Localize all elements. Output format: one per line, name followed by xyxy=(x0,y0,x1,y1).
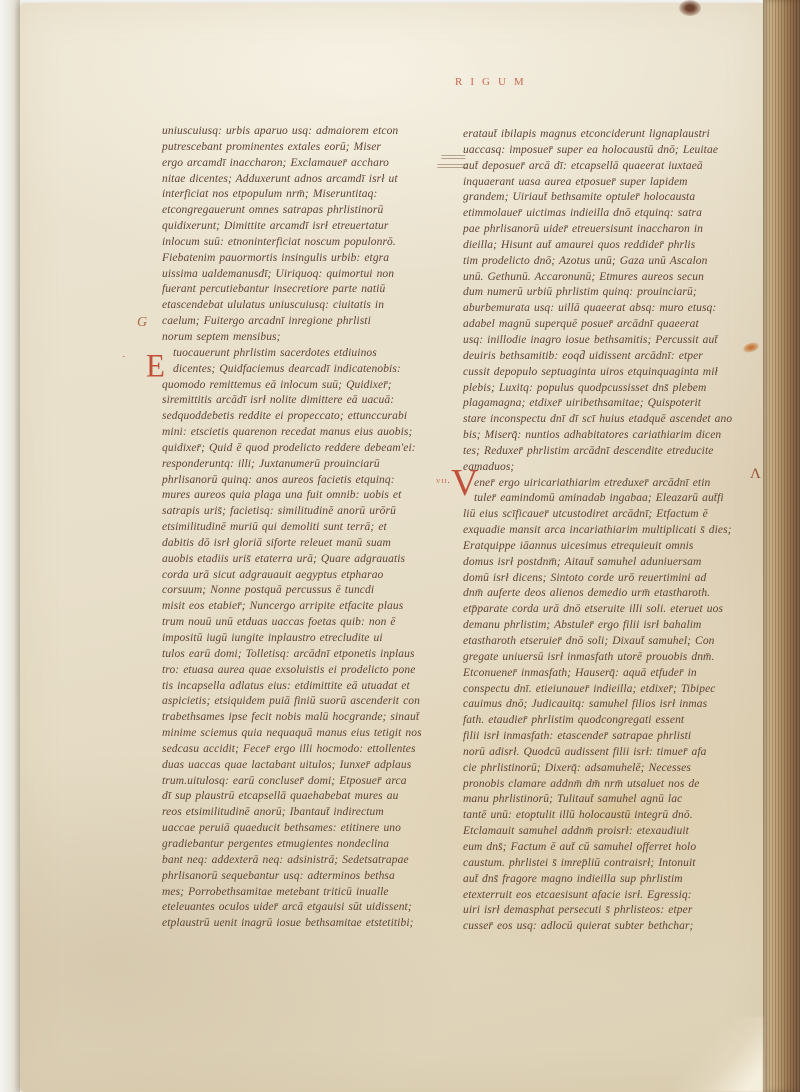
text-line: uaccasq: imposuer̄ super ea holocaustū d… xyxy=(463,143,765,159)
text-line: sedcasu accidit; Fecer̄ ergo illi hocmod… xyxy=(162,742,464,758)
text-line: bis; Miserq̄: nuntios adhabitatores cari… xyxy=(463,428,765,444)
text-line: uniuscuiusq: urbis aparuo usq: admaiorem… xyxy=(162,124,464,140)
text-line: aut̄ deposuer̄ arcā dī: etcapsellā quaee… xyxy=(463,159,765,175)
drop-cap-v: V xyxy=(451,464,478,502)
text-line: caelum; Fuitergo arcadnī inregione phrli… xyxy=(162,314,464,330)
text-line: mures aureos quia plaga una fuit omnib: … xyxy=(162,488,464,504)
text-line: deuiris bethsamitib: eoqd̄ uidissent arc… xyxy=(463,349,765,365)
text-line: eteleuantes oculos uider̄ arcā etgauisi … xyxy=(162,900,464,916)
text-line: inquaerant uasa aurea etposuer̄ super la… xyxy=(463,175,765,191)
text-line: trum nouū unū etduas uaccas foetas quib:… xyxy=(162,615,464,631)
text-line: quomodo remittemus eā inlocum suū; Quidi… xyxy=(162,378,464,394)
text-line: cie phrlistinorū; Dixerq̄: adsamuhelē; N… xyxy=(463,761,765,777)
marginal-gloss xyxy=(437,164,467,170)
text-line: uiri isrł demasphat persecuti s̄ phrlist… xyxy=(463,903,765,919)
text-line: cusser̄ eos usq: adlocū quierat subter b… xyxy=(463,919,765,935)
text-line: etascendebat ululatus uniuscuiusq: ciuit… xyxy=(162,298,464,314)
marginal-gloss xyxy=(441,155,465,161)
page-corner-curl xyxy=(668,1017,763,1092)
text-line: caustum. phrlistei s̄ imrep̄liū contrais… xyxy=(463,856,765,872)
book-page-edges xyxy=(763,0,800,1092)
text-line: phrlisanorū quinq: anos aureos facietis … xyxy=(162,473,464,489)
text-line: fath. etaudier̄ phrlistim quodcongregati… xyxy=(463,713,765,729)
text-line: etastharoth etseruier̄ dnō soli; Dixaut̄… xyxy=(463,634,765,650)
text-line: reos etsimilitudinē anorū; Ibantaut̄ ind… xyxy=(162,805,464,821)
text-line: plagamagna; etdixer̄ uiribethsamitae; Qu… xyxy=(463,396,765,412)
text-line: uissima ualdemanusdī; Uiriquoq: quimortu… xyxy=(162,267,464,283)
text-line: misit eos etabier̄; Nuncergo arripite et… xyxy=(162,599,464,615)
drop-cap-e: E xyxy=(146,349,165,382)
text-line: dicentes; Quidfaciemus dearcadī indicate… xyxy=(162,362,464,378)
text-line: domus isrł postdnm̄; Aitaut̄ samuhel adu… xyxy=(463,555,765,571)
text-line: impositū iugū iungite inplaustro etreclu… xyxy=(162,631,464,647)
text-line: aburbemurata usq: uillā quaeerat absq: m… xyxy=(463,301,765,317)
text-column-left: uniuscuiusq: urbis aparuo usq: admaiorem… xyxy=(162,124,464,932)
text-line: norū adisrł. Quodcū audissent filii isrł… xyxy=(463,745,765,761)
text-line: responderuntq: illi; Juxtanumerū prouinc… xyxy=(162,457,464,473)
text-line: unū. Gethunū. Accaronunū; Etmures aureos… xyxy=(463,270,765,286)
text-line: exquadie mansit arca incariathiarim mult… xyxy=(463,523,765,539)
text-line: usq: inillodie inagro iosue bethsamitis;… xyxy=(463,333,765,349)
text-line: etplaustrū uenit inagrū iosue bethsamita… xyxy=(162,916,464,932)
text-line: siremittitis arcādī isrł nolite dimitter… xyxy=(162,393,464,409)
text-line: quidixer̄; Quid ē quod prodelicto redder… xyxy=(162,441,464,457)
text-line: dī sup plaustrū etcapsellā quaehabebat m… xyxy=(162,789,464,805)
text-line: liū eius scīficauer̄ utcustodiret arcādn… xyxy=(463,507,765,523)
text-line: corsuum; Nonne postquā percussus ē tuncd… xyxy=(162,583,464,599)
text-line: Fiebatenim pauormortis insingulis urbib:… xyxy=(162,251,464,267)
text-line: bant neq: addexterā neq: adsinistrā; Sed… xyxy=(162,853,464,869)
text-line: etexterruit eos etcaesisunt afacie isrł.… xyxy=(463,888,765,904)
text-line: dnm̄ auferte deos alienos demedio urm̄ e… xyxy=(463,586,765,602)
text-line: corda urā sicut adgrauauit aegyptus etph… xyxy=(162,568,464,584)
text-column-right: erataut̄ ibilapis magnus etconciderunt l… xyxy=(463,127,765,935)
text-line: putrescebant prominentes extales eorū; M… xyxy=(162,140,464,156)
text-line: tis incapsella adlatus eius: etdimittite… xyxy=(162,679,464,695)
margin-caret-mark: Λ xyxy=(750,466,761,483)
running-title: RIGUM xyxy=(455,76,532,88)
text-line: gregate uniuersū isrł inmasfath utorē pr… xyxy=(463,650,765,666)
text-line: gradiebantur pergentes etmugientes nonde… xyxy=(162,837,464,853)
chapter-numeral: vii. xyxy=(436,475,451,485)
text-line: Etclamauit samuhel addnm̄ proisrł: etexa… xyxy=(463,824,765,840)
text-line: filii isrł inmasfath: etascender̄ satrap… xyxy=(463,729,765,745)
text-line: minime sciemus quia nequaquā manus eius … xyxy=(162,726,464,742)
text-line: tes; Reduxer̄ phrlistim arcādnī descendi… xyxy=(463,444,765,460)
text-line: etcongregauerunt omnes satrapas phrlisti… xyxy=(162,203,464,219)
manuscript-scan: RIGUM uniuscuiusq: urbis aparuo usq: adm… xyxy=(0,0,800,1092)
text-line: ener̄ ergo uiricariathiarim etreduxer̄ a… xyxy=(463,476,765,492)
text-line: aut̄ dns̄ fragore magno indieilla sup ph… xyxy=(463,872,765,888)
text-line: aspicietis; etsiquidem puiā finiū suorū … xyxy=(162,694,464,710)
text-line: dieilla; Hisunt aut̄ amaurei quos reddid… xyxy=(463,238,765,254)
text-line: cauimus dnō; Judicauitq: samuhel filios … xyxy=(463,697,765,713)
text-line: stare inconspectu dnī dī scī huius etadq… xyxy=(463,412,765,428)
text-line: etp̄parate corda urā dnō etseruite illi … xyxy=(463,602,765,618)
text-line: tuocauerunt phrlistim sacerdotes etdiuin… xyxy=(162,346,464,362)
text-line: satrapis uris̄; facietisq: similitudinē … xyxy=(162,504,464,520)
text-line: dum numerū urbiū phrlistim quinq: prouin… xyxy=(463,285,765,301)
text-line: inlocum suū: etnoninterficiat noscum pop… xyxy=(162,235,464,251)
text-line: tro: etuasa aurea quae exsoluistis ei pr… xyxy=(162,663,464,679)
text-line: nitae dicentes; Adduxerunt adnos arcamdī… xyxy=(162,172,464,188)
text-line: eum dns̄; Factum ē aut̄ cū samuhel offer… xyxy=(463,840,765,856)
text-line: tantē unū: etoptulit illū holocaustū int… xyxy=(463,808,765,824)
text-line: pronobis clamare addnm̄ dm̄ nrm̄ utsalue… xyxy=(463,777,765,793)
text-line: erataut̄ ibilapis magnus etconciderunt l… xyxy=(463,127,765,143)
text-line: trabethsames ipse fecit nobis malū hocgr… xyxy=(162,710,464,726)
text-line: sedquoddebetis reddite ei propeccato; et… xyxy=(162,409,464,425)
text-line: duas uaccas quae lactabant uitulos; Iunx… xyxy=(162,758,464,774)
text-line: tuler̄ eamindomū aminadab ingabaa; Eleaz… xyxy=(463,491,765,507)
text-line: phrlisanorū sequebantur usq: adterminos … xyxy=(162,869,464,885)
text-line: manu phrlistinorū; Tulitaut̄ samuhel agn… xyxy=(463,792,765,808)
text-line: trum.uitulosq: earū concluser̄ domi; Etp… xyxy=(162,774,464,790)
text-line: mini: etscietis quarenon recedat manus e… xyxy=(162,425,464,441)
text-line: ergo arcamdī inaccharon; Exclamauer̄ acc… xyxy=(162,156,464,172)
text-line: grandem; Uiriaut̄ bethsamite optuler̄ ho… xyxy=(463,190,765,206)
scanner-background-left xyxy=(0,0,20,1092)
text-line: conspectu dnī. etieiunauer̄ indieilla; e… xyxy=(463,682,765,698)
text-line: cussit depopulo septuaginta uiros etquin… xyxy=(463,365,765,381)
text-line: fuerant percutiebantur insecretiore part… xyxy=(162,282,464,298)
text-line: auobis etadiis uris̄ etaterra urā; Quare… xyxy=(162,552,464,568)
text-line: Etconuener̄ inmasfath; Hauserq̄: aquā et… xyxy=(463,666,765,682)
text-line: domū isrł dicens; Sintoto corde urō reue… xyxy=(463,571,765,587)
text-line: quidixerunt; Dimittite arcamdī isrł etre… xyxy=(162,219,464,235)
text-line: Eratquippe iāannus uicesimus etrequieuit… xyxy=(463,539,765,555)
chapter-dot-mark: · xyxy=(122,351,126,363)
text-line: eamaduos; xyxy=(463,460,765,476)
text-line: tim prodelicto dnō; Azotus unū; Gaza unū… xyxy=(463,254,765,270)
text-line: adabel magnū superquē posuer̄ arcādnī qu… xyxy=(463,317,765,333)
stain-top-edge xyxy=(679,0,701,16)
text-line: plebis; Luxitq: populus quodpcussisset d… xyxy=(463,381,765,397)
text-line: demanu phrlistim; Abstuler̄ ergo filii i… xyxy=(463,618,765,634)
text-line: norum septem mensibus; xyxy=(162,330,464,346)
text-line: uaccae peruiā quaeducit bethsames: etiti… xyxy=(162,821,464,837)
text-line: etimmolauer̄ uictimas indieilla dnō etqu… xyxy=(463,206,765,222)
text-line: interficiat nos etpopulum nrm̄; Miserunt… xyxy=(162,187,464,203)
text-line: pae phrlisanorū uider̄ etreuersisunt ina… xyxy=(463,222,765,238)
text-line: mes; Porrobethsamitae metebant triticū i… xyxy=(162,885,464,901)
text-line: etsimilitudinē muriū qui demoliti sunt t… xyxy=(162,520,464,536)
margin-guide-letter: G xyxy=(137,315,147,331)
text-line: tulos earū domi; Tolletisq: arcādnī etpo… xyxy=(162,647,464,663)
text-line: dabitis dō isrł gloriā siforte releuet m… xyxy=(162,536,464,552)
